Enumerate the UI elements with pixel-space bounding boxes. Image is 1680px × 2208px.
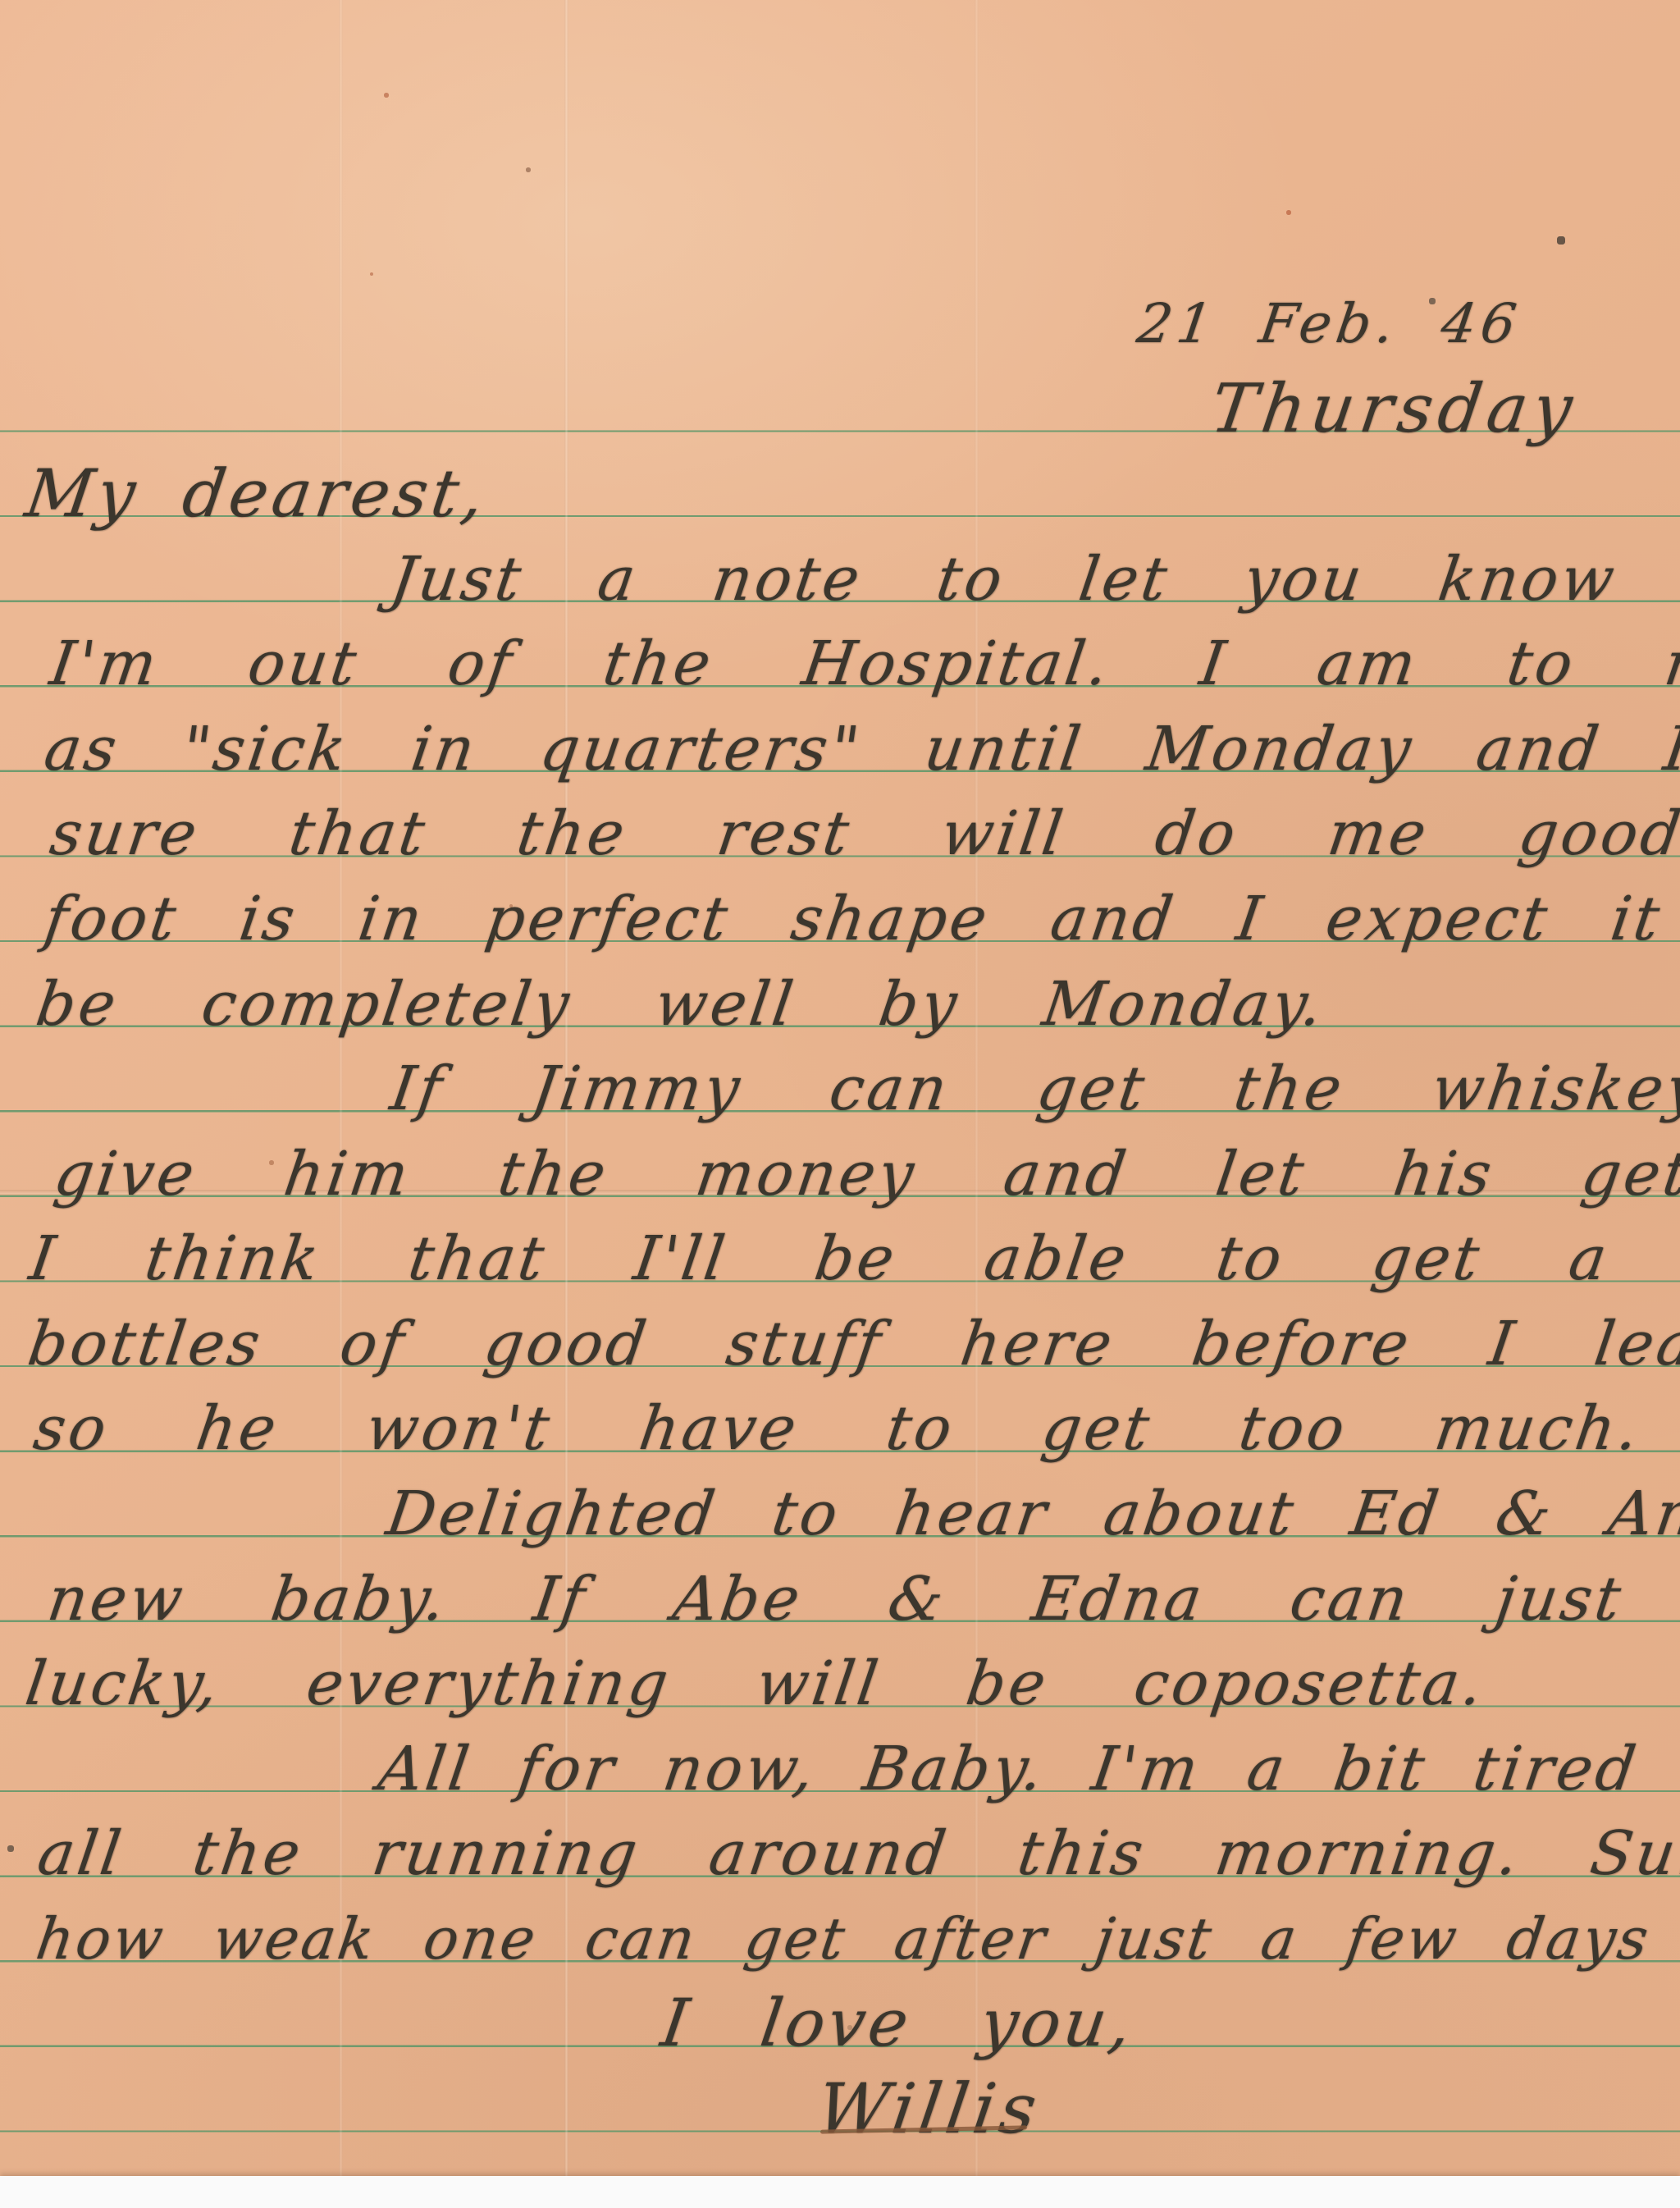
letter-line: all the running around this morning. Sur… xyxy=(33,1813,1680,1895)
letter-page: 21 Feb. 46 Thursday My dearest, Just a n… xyxy=(0,0,1680,2208)
letter-line: I'm out of the Hospital. I am to remain xyxy=(45,623,1680,705)
letter-line: Just a note to let you know that xyxy=(386,538,1680,620)
paper-speck xyxy=(0,0,2,2)
scan-edge-bottom xyxy=(0,2176,1680,2208)
letter-line: so he won't have to get too much. xyxy=(29,1387,1646,1470)
closing-line: I love you, xyxy=(656,1982,1139,2064)
letter-line: foot is in perfect shape and I expect it… xyxy=(39,878,1680,960)
letter-line: as "sick in quarters" until Monday and I… xyxy=(39,708,1680,790)
signature: Willis xyxy=(812,2068,1046,2150)
letter-line: how weak one can get after just a few da… xyxy=(31,1898,1680,1980)
letter-line: bottles of good stuff here before I leav… xyxy=(23,1303,1680,1385)
letter-line: All for now, Baby. I'm a bit tired after xyxy=(373,1728,1680,1810)
salutation: My dearest, xyxy=(21,453,493,535)
letter-line: I think that I'll be able to get a few xyxy=(25,1218,1680,1300)
letter-line: lucky, everything will be coposetta. xyxy=(21,1643,1491,1725)
letter-line: sure that the rest will do me good. My xyxy=(45,793,1680,875)
letter-line: Delighted to hear about Ed & Anne's xyxy=(381,1473,1680,1555)
letter-line: be completely well by Monday. xyxy=(31,963,1331,1045)
letter-line: new baby. If Abe & Edna can just be xyxy=(43,1558,1680,1640)
letter-line: give him the money and let his get it. xyxy=(49,1133,1680,1215)
letter-line: If Jimmy can get the whiskey, xyxy=(386,1048,1680,1130)
day-line: Thursday xyxy=(1206,368,1582,450)
date-line: 21 Feb. 46 xyxy=(1132,283,1526,365)
